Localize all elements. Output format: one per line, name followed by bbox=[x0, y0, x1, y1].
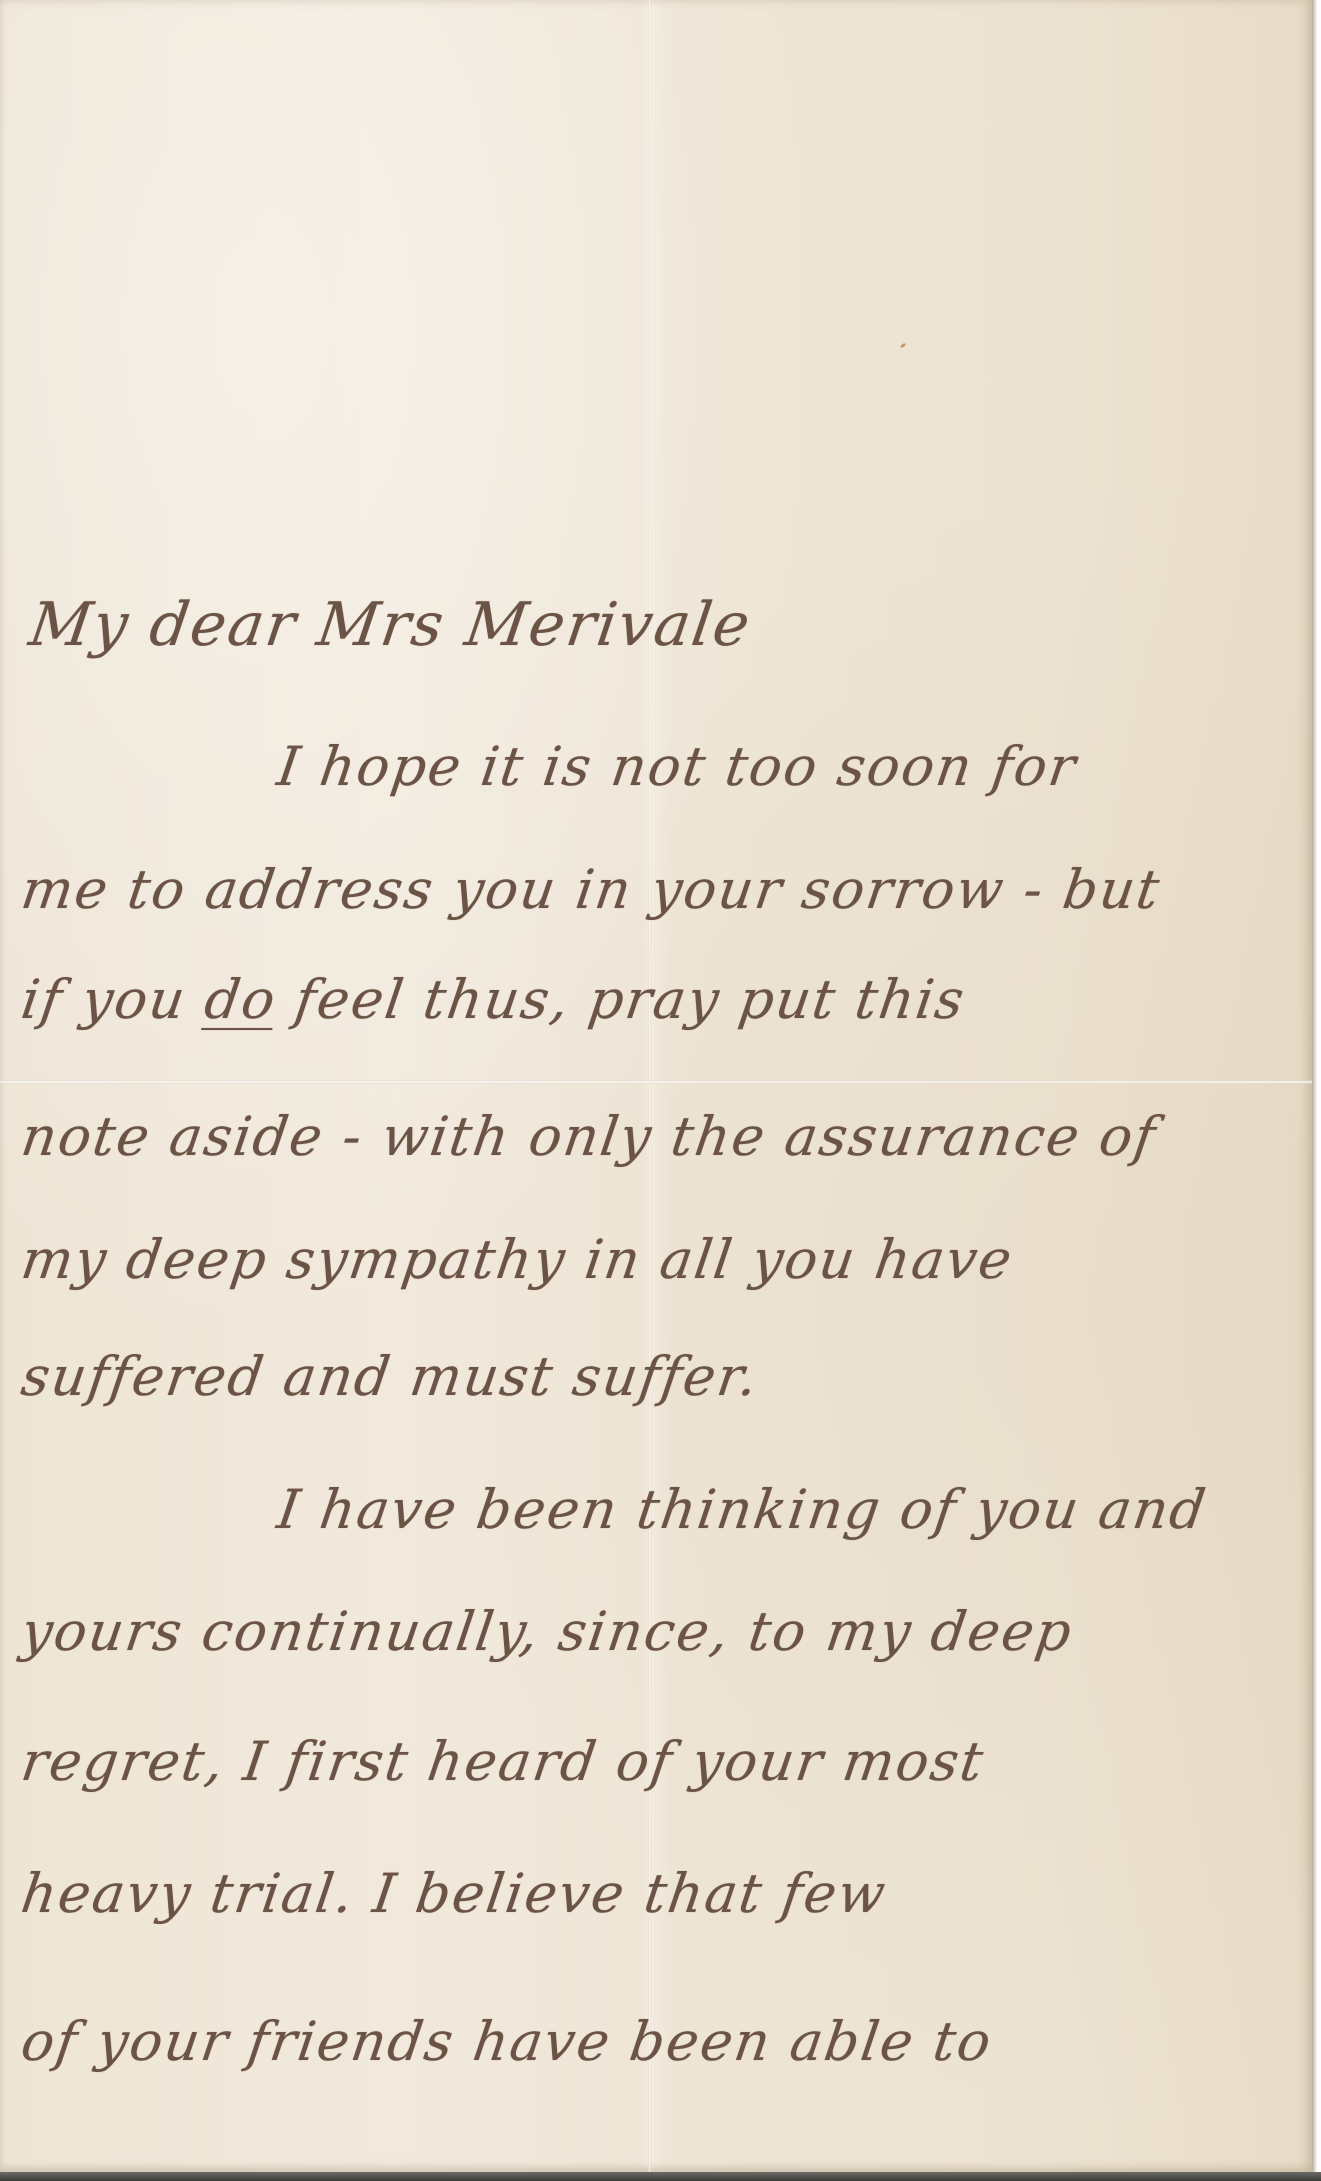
letter-line-10: heavy trial. I believe that few bbox=[18, 1862, 891, 1925]
letter-line-1: I hope it is not too soon for bbox=[274, 735, 1082, 798]
letter-line-3-post: feel thus, pray put this bbox=[272, 968, 970, 1031]
letter-line-6: suffered and must suffer. bbox=[18, 1345, 764, 1408]
paper-stain bbox=[900, 343, 907, 349]
letter-line-11: of your friends have been able to bbox=[18, 2010, 997, 2073]
vertical-fold-crease bbox=[648, 0, 651, 2172]
letter-line-9: regret, I first heard of your most bbox=[18, 1730, 989, 1793]
letter-line-4: note aside - with only the assurance of bbox=[18, 1105, 1161, 1168]
salutation: My dear Mrs Merivale bbox=[25, 590, 756, 660]
letter-line-3-pre: if you bbox=[18, 968, 210, 1031]
letter-page: My dear Mrs Merivale I hope it is not to… bbox=[0, 0, 1312, 2172]
letter-line-5: my deep sympathy in all you have bbox=[18, 1228, 1018, 1291]
page-right-edge bbox=[1312, 0, 1321, 2181]
horizontal-fold-crease bbox=[0, 1080, 1312, 1084]
letter-line-7: I have been thinking of you and bbox=[274, 1478, 1212, 1541]
letter-line-2: me to address you in your sorrow - but bbox=[18, 858, 1165, 921]
letter-line-8: yours continually, since, to my deep bbox=[18, 1600, 1077, 1663]
emphasized-word: do bbox=[201, 968, 281, 1031]
letter-line-3: if you do feel thus, pray put this bbox=[18, 968, 970, 1031]
scan-bottom-edge bbox=[0, 2172, 1321, 2181]
